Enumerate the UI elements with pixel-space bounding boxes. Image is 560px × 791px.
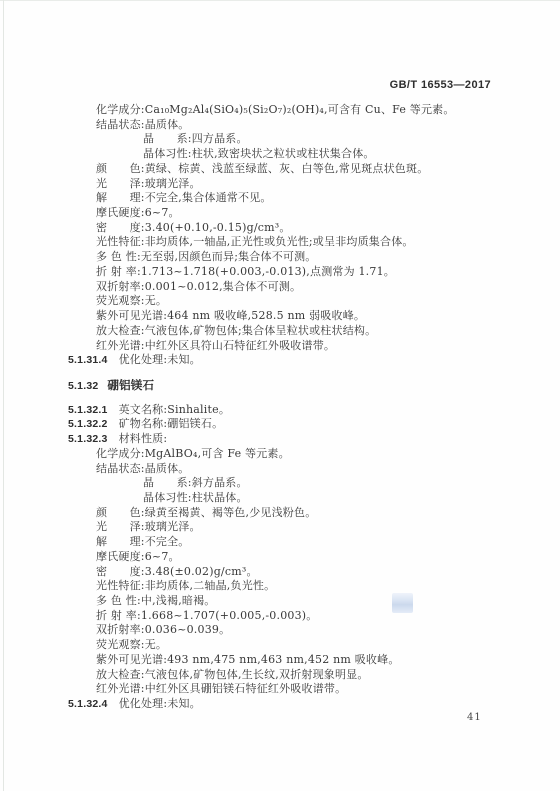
property-line: 密 度:3.40(+0.10,-0.15)g/cm³。: [0, 221, 560, 236]
clause-number: 5.1.32.4: [68, 698, 108, 710]
property-line: 密 度:3.48(±0.02)g/cm³。: [0, 565, 560, 580]
clause-text: 优化处理:未知。: [119, 697, 201, 710]
clause-line: 5.1.32.1英文名称:Sinhalite。: [0, 403, 560, 418]
clause-text: 矿物名称:硼铝镁石。: [119, 417, 224, 430]
property-line: 折 射 率:1.713~1.718(+0.003,-0.013),点测常为 1.…: [0, 265, 560, 280]
property-line: 放大检查:气液包体,矿物包体,生长纹,双折射现象明显。: [0, 668, 560, 683]
property-line: 双折射率:0.001~0.012,集合体不可测。: [0, 280, 560, 295]
scan-edge-top: [0, 0, 560, 1]
clause-number: 5.1.32.1: [68, 404, 108, 416]
clause-line: 5.1.32.4优化处理:未知。: [0, 697, 560, 712]
document-body: 化学成分:Ca₁₀Mg₂Al₄(SiO₄)₅(Si₂O₇)₂(OH)₄,可含有 …: [0, 103, 560, 712]
clause-line: 5.1.32.3材料性质:: [0, 432, 560, 447]
clause-line: 5.1.31.4优化处理:未知。: [0, 353, 560, 368]
property-line: 结晶状态:晶质体。: [0, 118, 560, 133]
property-line: 双折射率:0.036~0.039。: [0, 623, 560, 638]
clause-text: 材料性质:: [119, 432, 168, 445]
clause-number: 5.1.32.2: [68, 418, 108, 430]
property-line: 红外光谱:中红外区具硼铝镁石特征红外吸收谱带。: [0, 682, 560, 697]
property-line: 颜 色:黄绿、棕黄、浅蓝至绿蓝、灰、白等色,常见斑点状色斑。: [0, 162, 560, 177]
clause-text: 优化处理:未知。: [119, 353, 201, 366]
property-line: 多 色 性:无至弱,因颜色而异;集合体不可测。: [0, 250, 560, 265]
property-line: 光性特征:非均质体,一轴晶,正光性或负光性;或呈非均质集合体。: [0, 235, 560, 250]
property-line: 摩氏硬度:6~7。: [0, 206, 560, 221]
section-heading: 5.1.32硼铝镁石: [0, 378, 560, 393]
property-subline: 晶体习性:柱状晶体。: [0, 491, 560, 506]
property-line: 荧光观察:无。: [0, 638, 560, 653]
property-line: 放大检查:气液包体,矿物包体;集合体呈粒状或柱状结构。: [0, 324, 560, 339]
property-line: 光 泽:玻璃光泽。: [0, 520, 560, 535]
property-line: 红外光谱:中红外区具符山石特征红外吸收谱带。: [0, 339, 560, 354]
page-number: 41: [467, 712, 482, 723]
property-line: 多 色 性:中,浅褐,暗褐。: [0, 594, 560, 609]
property-line: 紫外可见光谱:464 nm 吸收峰,528.5 nm 弱吸收峰。: [0, 309, 560, 324]
clause-number: 5.1.31.4: [68, 354, 108, 366]
property-subline: 晶体习性:柱状,致密块状之粒状或柱状集合体。: [0, 147, 560, 162]
property-line: 解 理:不完全。: [0, 535, 560, 550]
property-line: 结晶状态:晶质体。: [0, 462, 560, 477]
property-line: 化学成分:Ca₁₀Mg₂Al₄(SiO₄)₅(Si₂O₇)₂(OH)₄,可含有 …: [0, 103, 560, 118]
property-line: 解 理:不完全,集合体通常不见。: [0, 191, 560, 206]
clause-text: 英文名称:Sinhalite。: [119, 403, 230, 416]
property-line: 化学成分:MgAlBO₄,可含 Fe 等元素。: [0, 447, 560, 462]
clause-number: 5.1.32.3: [68, 433, 108, 445]
standard-code-header: GB/T 16553—2017: [390, 79, 491, 91]
property-line: 折 射 率:1.668~1.707(+0.005,-0.003)。: [0, 609, 560, 624]
property-line: 光性特征:非均质体,二轴晶,负光性。: [0, 579, 560, 594]
property-line: 摩氏硬度:6~7。: [0, 550, 560, 565]
property-subline: 晶 系:斜方晶系。: [0, 476, 560, 491]
property-line: 紫外可见光谱:493 nm,475 nm,463 nm,452 nm 吸收峰。: [0, 653, 560, 668]
section-number: 5.1.32: [68, 380, 98, 392]
property-line: 荧光观察:无。: [0, 294, 560, 309]
property-line: 颜 色:绿黄至褐黄、褐等色,少见浅粉色。: [0, 506, 560, 521]
clause-line: 5.1.32.2矿物名称:硼铝镁石。: [0, 417, 560, 432]
section-title: 硼铝镁石: [107, 378, 154, 392]
property-subline: 晶 系:四方晶系。: [0, 132, 560, 147]
property-line: 光 泽:玻璃光泽。: [0, 177, 560, 192]
watermark-artifact: [392, 593, 413, 613]
